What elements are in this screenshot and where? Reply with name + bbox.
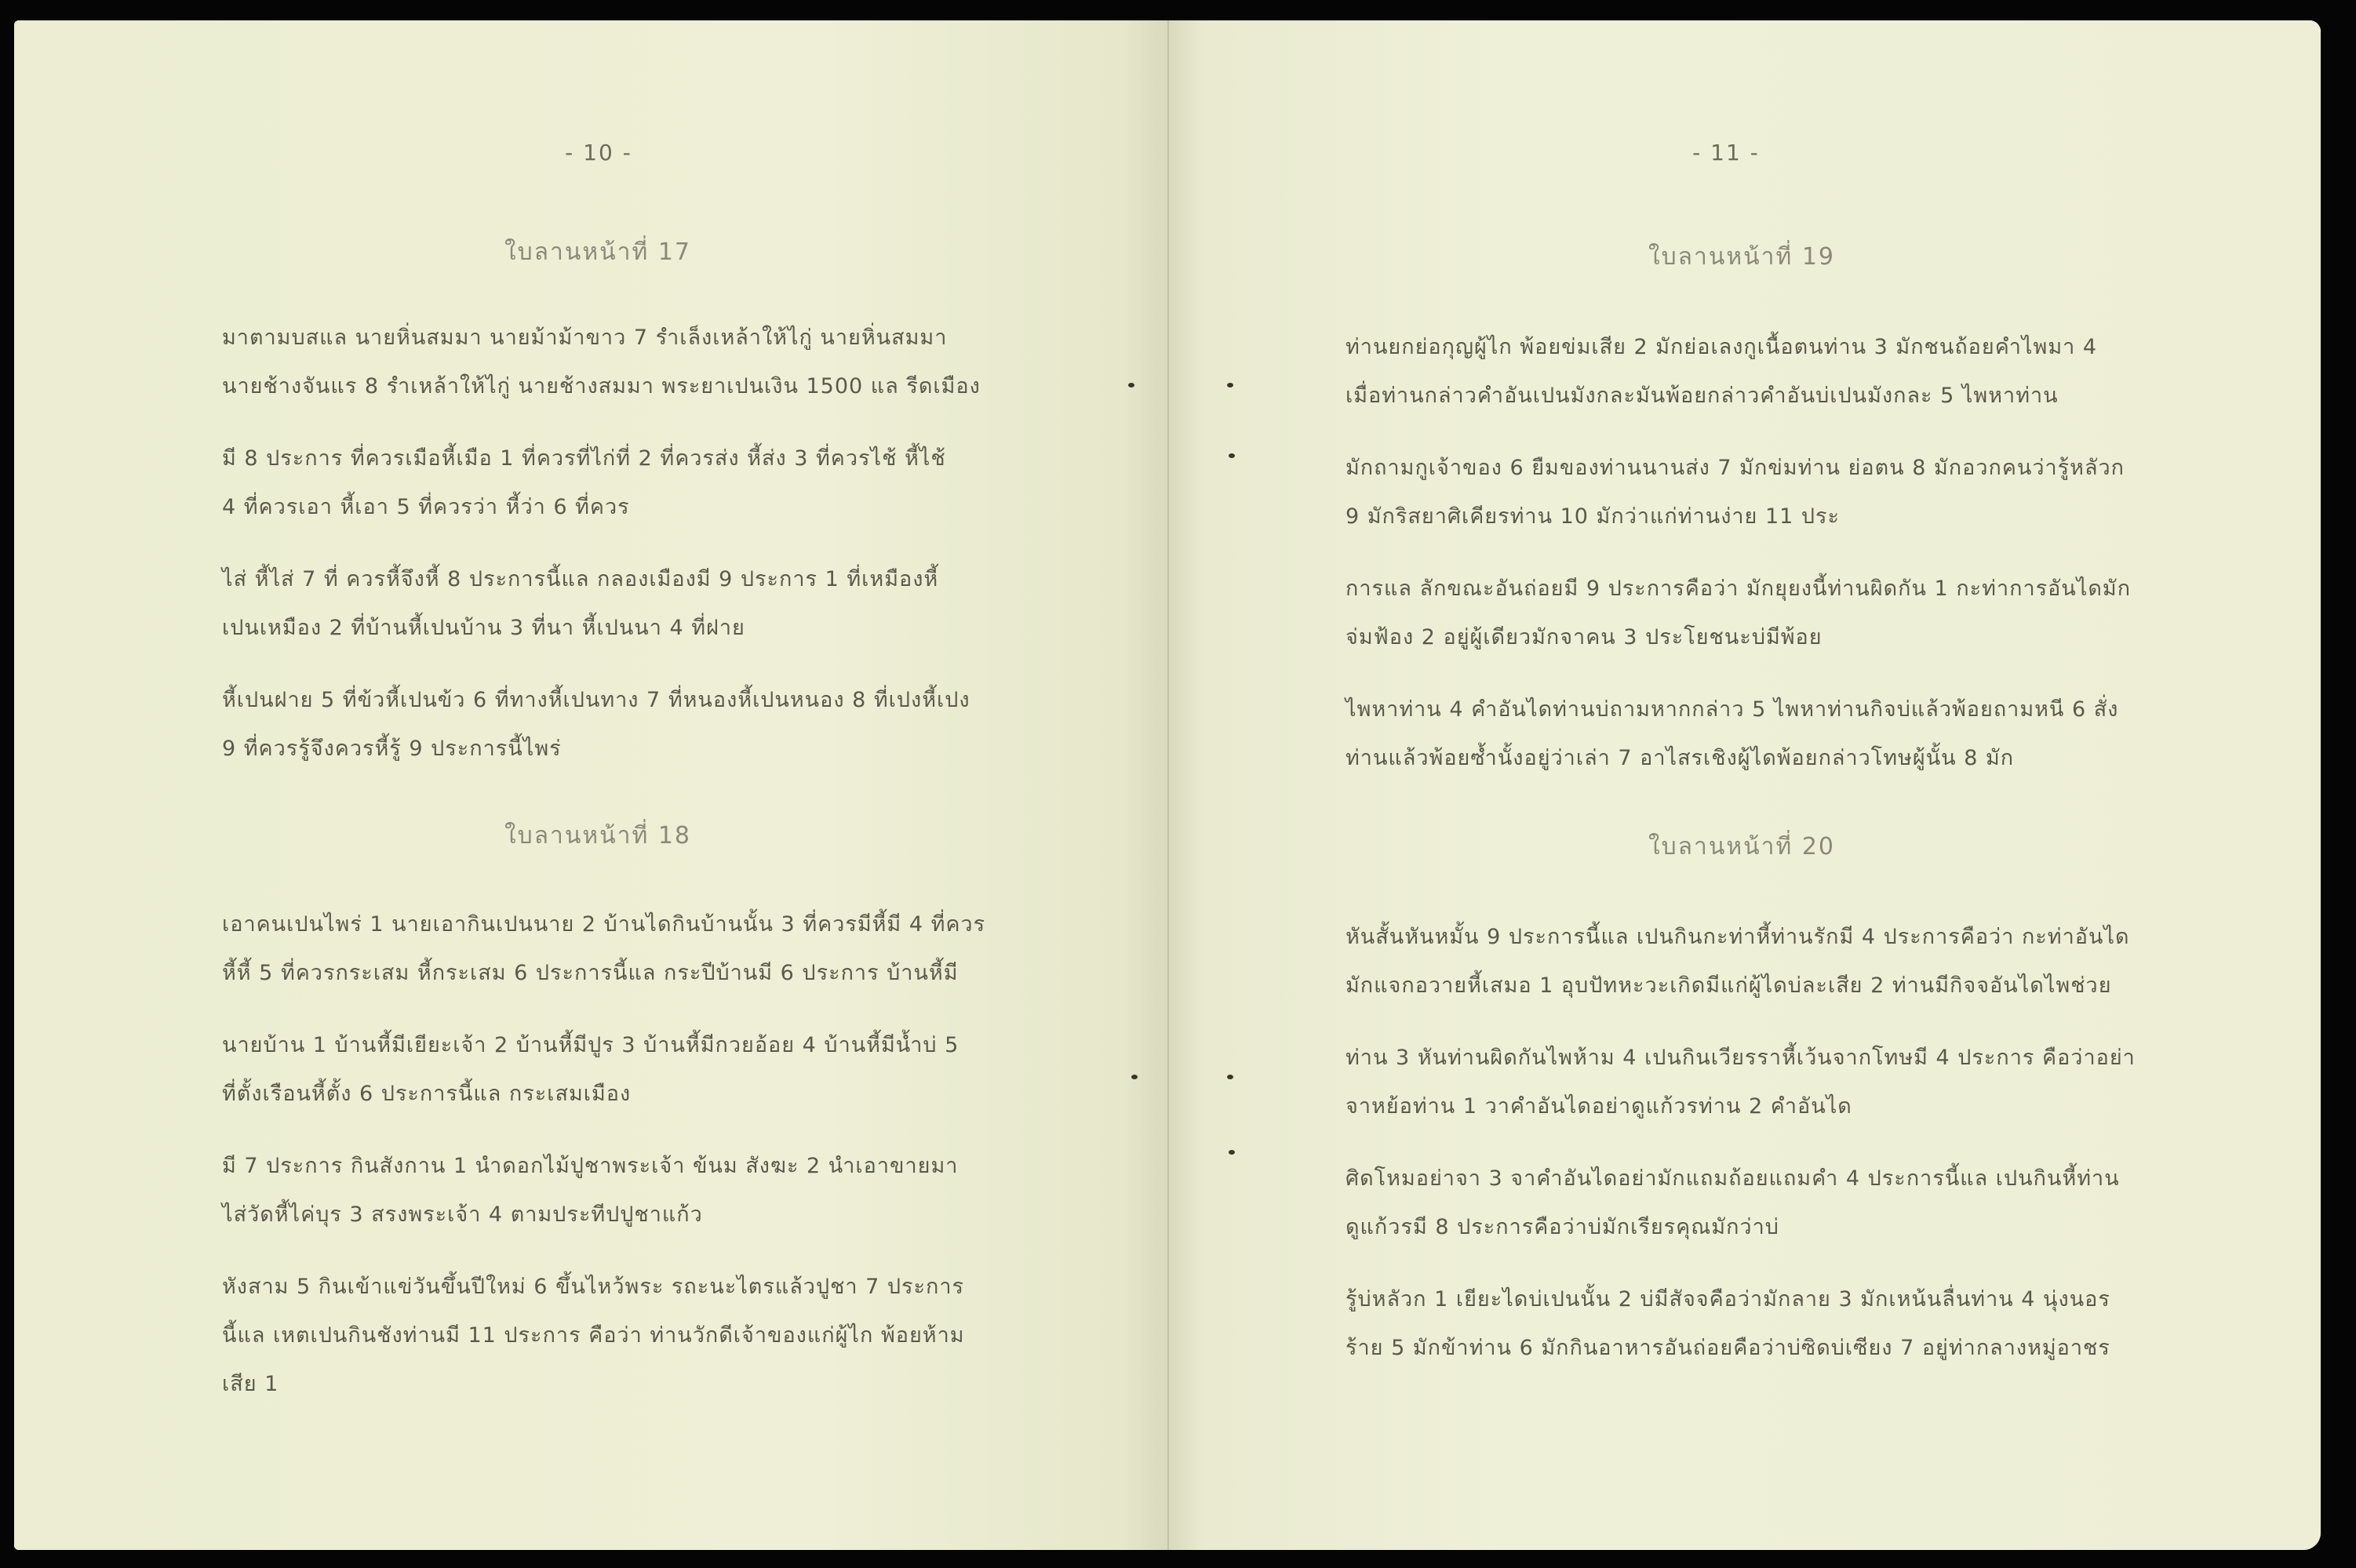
text-line: เอาคนเปนไพร่ 1 นายเอากินเปนนาย 2 บ้านไดก… <box>222 907 985 940</box>
text-line: มาตามบสแล นายหิ่นสมมา นายม้าม้าขาว 7 รำเ… <box>222 320 947 354</box>
page-number-right: - 11 - <box>1608 140 1844 166</box>
text-line: รู้บ่หลัวก 1 เยียะไดบ่เปนนั้น 2 บ่มีสัจจ… <box>1346 1282 2110 1315</box>
left-page: - 10 - ใบลานหน้าที่ 17 มาตามบสแล นายหิ่น… <box>14 20 1169 1550</box>
text-line: การแล ลักขณะอันถ่อยมี 9 ประการคือว่า มัก… <box>1346 571 2131 605</box>
text-line: ไส่ หี้ไส่ 7 ที่ ควรหี้จึงหี้ 8 ประการนี… <box>222 562 938 595</box>
binding-hole <box>1227 383 1233 387</box>
text-line: เปนเหมือง 2 ที่บ้านหี้เปนบ้าน 3 ที่นา หี… <box>222 610 745 644</box>
section-title-17: ใบลานหน้าที่ 17 <box>402 234 794 271</box>
text-line: มี 8 ประการ ที่ควรเมือหี้เมือ 1 ที่ควรที… <box>222 441 946 475</box>
text-line: 9 ที่ควรรู้จึงควรหี้รู้ 9 ประการนี้ไพร่ <box>222 731 562 765</box>
text-line: นายบ้าน 1 บ้านหี้มีเยียะเจ้า 2 บ้านหี้มี… <box>222 1028 959 1061</box>
section-title-20: ใบลานหน้าที่ 20 <box>1546 828 1938 865</box>
binding-hole <box>1229 453 1235 458</box>
text-line: หี้หี้ 5 ที่ควรกระเสม หี้กระเสม 6 ประการ… <box>222 955 959 989</box>
text-line: นี้แล เหตเปนกินชังท่านมี 11 ประการ คือว่… <box>222 1318 965 1352</box>
text-line: หันสั้นหันหมั้น 9 ประการนี้แล เปนกินกะท่… <box>1346 919 2130 953</box>
text-line: ไส่วัดหี้ไค่บุร 3 สรงพระเจ้า 4 ตามประทีป… <box>222 1197 703 1231</box>
page-number-left: - 10 - <box>481 140 716 166</box>
text-line: ศิดโหมอย่าจา 3 จาคำอันไดอย่ามักแถมถ้อยแถ… <box>1346 1161 2120 1195</box>
text-line: 4 ที่ควรเอา หี้เอา 5 ที่ควรว่า หี้ว่า 6 … <box>222 489 630 523</box>
text-line: จาหย้อท่าน 1 วาคำอันไดอย่าดูแก้วรท่าน 2 … <box>1346 1089 1852 1122</box>
binding-hole <box>1131 1075 1138 1079</box>
section-title-19: ใบลานหน้าที่ 19 <box>1546 238 1938 275</box>
text-line: หังสาม 5 กินเข้าแข่วันขึ้นปีใหม่ 6 ขึ้นไ… <box>222 1269 964 1303</box>
text-line: เสีย 1 <box>222 1366 279 1400</box>
text-line: ร้าย 5 มักข้าท่าน 6 มักกินอาหารอันถ่อยคื… <box>1346 1330 2110 1364</box>
text-line: มักแจกอวายหี้เสมอ 1 อุบปัทหะวะเกิดมีแก่ผ… <box>1346 968 2112 1002</box>
text-line: จ่มฟ้อง 2 อยู่ผู้เดียวมักจาคน 3 ประโยชนะ… <box>1346 620 1823 653</box>
text-line: ท่านแล้วพ้อยซ้ำนั้งอยู่ว่าเล่า 7 อาไสรเช… <box>1346 740 2014 774</box>
text-line: มักถามกูเจ้าของ 6 ยืมของท่านนานส่ง 7 มัก… <box>1346 450 2125 484</box>
text-line: ไพหาท่าน 4 คำอันไดท่านบ่ถามหากกล่าว 5 ไพ… <box>1346 692 2118 726</box>
text-line: หี้เปนฝาย 5 ที่ข้วหี้เปนข้ว 6 ที่ทางหี้เ… <box>222 682 970 716</box>
text-line: มี 7 ประการ กินสังกาน 1 นำดอกไม้ปูชาพระเ… <box>222 1148 958 1182</box>
text-line: 9 มักริสยาศิเคียรท่าน 10 มักว่าแก่ท่านง่… <box>1346 499 1840 533</box>
text-line: เมื่อท่านกล่าวคำอันเปนมังกละมันพ้อยกล่าว… <box>1346 378 2059 412</box>
binding-hole <box>1128 383 1134 387</box>
text-line: ดูแก้วรมี 8 ประการคือว่าบ่มักเรียรคุณมัก… <box>1346 1210 1779 1243</box>
right-page: - 11 - ใบลานหน้าที่ 19 ท่านยกย่อกุญผู้ไก… <box>1169 20 2321 1550</box>
section-title-18: ใบลานหน้าที่ 18 <box>402 817 794 854</box>
binding-hole <box>1229 1150 1235 1155</box>
open-book-spread: - 10 - ใบลานหน้าที่ 17 มาตามบสแล นายหิ่น… <box>14 20 2321 1550</box>
text-line: ท่าน 3 หันท่านผิดกันไพห้าม 4 เปนกินเวียร… <box>1346 1040 2136 1074</box>
text-line: นายช้างจันแร 8 รำเหล้าให้ไกู่ นายช้างสมม… <box>222 369 981 402</box>
binding-hole <box>1227 1075 1233 1079</box>
text-line: ที่ตั้งเรือนหี้ตั้ง 6 ประการนี้แล กระเสม… <box>222 1076 631 1110</box>
text-line: ท่านยกย่อกุญผู้ไก พ้อยข่มเสีย 2 มักย่อเล… <box>1346 329 2097 363</box>
